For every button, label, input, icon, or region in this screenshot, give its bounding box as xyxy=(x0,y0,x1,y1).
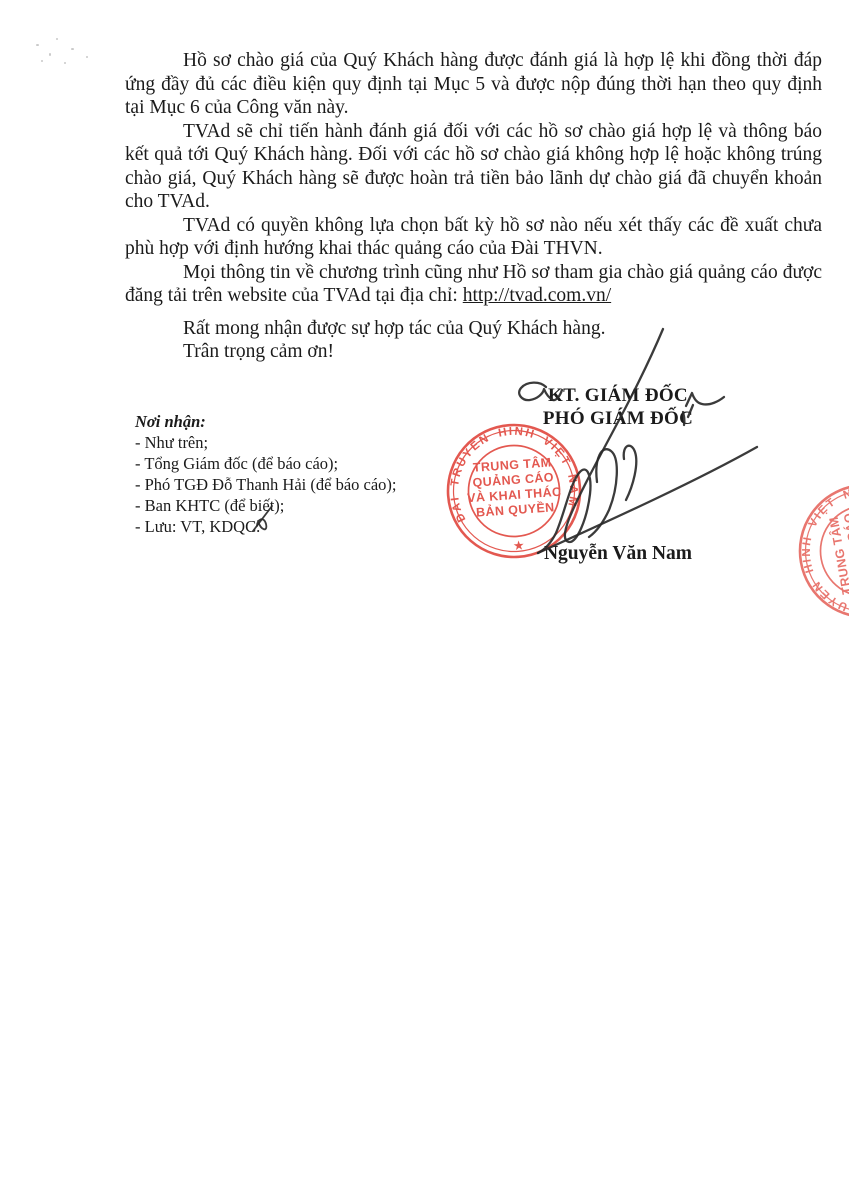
recipient-item: - Phó TGĐ Đỗ Thanh Hải (để báo cáo); xyxy=(135,474,397,495)
stamp-main xyxy=(444,420,585,561)
recipient-item: - Tổng Giám đốc (để báo cáo); xyxy=(135,453,397,474)
recipients-heading: Nơi nhận: xyxy=(135,411,397,432)
paragraph-info: Mọi thông tin về chương trình cũng như H… xyxy=(125,261,822,308)
closing-line-2: Trân trọng cảm ơn! xyxy=(125,340,822,364)
tvad-link[interactable]: http://tvad.com.vn/ xyxy=(463,285,611,306)
signer-title-line2: PHÓ GIÁM ĐỐC xyxy=(470,408,766,431)
letter-body: Hồ sơ chào giá của Quý Khách hàng được đ… xyxy=(125,49,822,364)
stamp-edge-fragment xyxy=(789,475,849,628)
recipient-item: - Ban KHTC (để biết); xyxy=(135,495,397,516)
scan-speck xyxy=(86,56,88,58)
scan-speck xyxy=(36,44,39,46)
recipient-item: - Lưu: VT, KDQC. xyxy=(135,516,397,537)
scan-speck xyxy=(49,53,51,56)
recipient-item: - Như trên; xyxy=(135,432,397,453)
closing-line-1: Rất mong nhận được sự hợp tác của Quý Kh… xyxy=(125,317,822,341)
paragraph-eligibility: Hồ sơ chào giá của Quý Khách hàng được đ… xyxy=(125,49,822,120)
recipients-block: Nơi nhận: - Như trên; - Tổng Giám đốc (đ… xyxy=(135,411,397,537)
signer-title-line1: KT. GIÁM ĐỐC xyxy=(470,385,766,408)
paragraph-rights: TVAd có quyền không lựa chọn bất kỳ hồ s… xyxy=(125,214,822,261)
scan-speck xyxy=(64,62,66,64)
signer-title: KT. GIÁM ĐỐC PHÓ GIÁM ĐỐC xyxy=(470,385,766,430)
scan-speck xyxy=(56,38,58,40)
paragraph-evaluation: TVAd sẽ chỉ tiến hành đánh giá đối với c… xyxy=(125,120,822,214)
scan-speck xyxy=(71,48,74,50)
document-page: Hồ sơ chào giá của Quý Khách hàng được đ… xyxy=(0,0,849,1200)
signer-name: Nguyễn Văn Nam xyxy=(470,543,766,565)
scan-speck xyxy=(41,60,43,62)
